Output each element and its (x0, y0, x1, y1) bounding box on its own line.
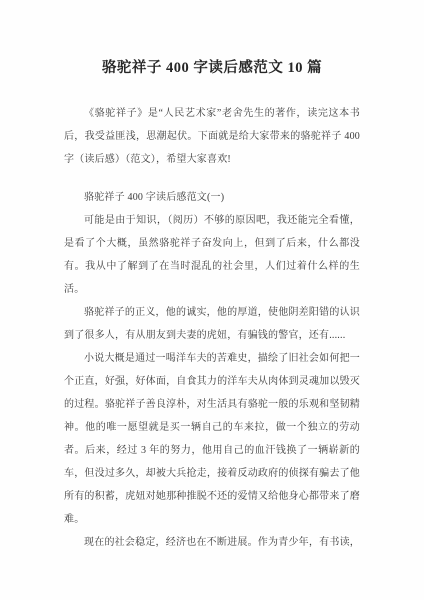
text-line: 是看了个大概，虽然骆驼祥子奋发向上，但到了后来，什么都没 (64, 232, 360, 255)
text-line: 者。后来，经过 3 年的努力，他用自己的血汗钱换了一辆崭新的洋 (64, 439, 360, 462)
text-line: 《骆驼祥子》是“人民艺术家”老舍先生的著作，读完这本书 (64, 102, 360, 125)
text-line: 所有的积蓄，虎妞对她那种推脱不还的爱情又给他身心都带来了磨 (64, 485, 360, 508)
document-body: 《骆驼祥子》是“人民艺术家”老舍先生的著作，读完这本书后，我受益匪浅，思潮起伏。… (64, 102, 360, 554)
text-line: 难。 (64, 508, 360, 531)
text-line: 车，但没过多久，却被大兵抢走，接着反动政府的侦探有骗去了他 (64, 462, 360, 485)
text-line: 现在的社会稳定，经济也在不断进展。作为青少年，有书读， (64, 531, 360, 554)
document-page: 骆驼祥子 400 字读后感范文 10 篇 《骆驼祥子》是“人民艺术家”老舍先生的… (0, 0, 424, 600)
text-line: 后，我受益匪浅，思潮起伏。下面就是给大家带来的骆驼祥子 400 (64, 125, 360, 148)
text-line: 有。我从中了解到了在当时混乱的社会里，人们过着什么样的生 (64, 255, 360, 278)
section-heading: 骆驼祥子 400 字读后感范文(一) (64, 186, 360, 209)
text-line: 的过程。骆驼祥子善良淳朴，对生活具有骆驼一般的乐观和坚韧精 (64, 393, 360, 416)
text-line: 字（读后感）（范文），希望大家喜欢! (64, 148, 360, 171)
text-line: 到了很多人，有从朋友到夫妻的虎妞，有骗钱的警官，还有...... (64, 324, 360, 347)
text-line: 骆驼祥子的正义，他的诚实，他的厚道，使他阴差阳错的认识 (64, 301, 360, 324)
text-line: 活。 (64, 278, 360, 301)
text-line: 小说大概是通过一喝洋车夫的苦难史，描绘了旧社会如何把一 (64, 347, 360, 370)
text-line: 个正直，好强，好体面，自食其力的洋车夫从肉体到灵魂加以毁灭 (64, 370, 360, 393)
text-line: 可能是由于知识，（阅历）不够的原因吧，我还能完全看懂，就 (64, 209, 360, 232)
document-title: 骆驼祥子 400 字读后感范文 10 篇 (64, 58, 360, 78)
text-line: 神。他的唯一愿望就是买一辆自己的车来拉，做一个独立的劳动 (64, 416, 360, 439)
